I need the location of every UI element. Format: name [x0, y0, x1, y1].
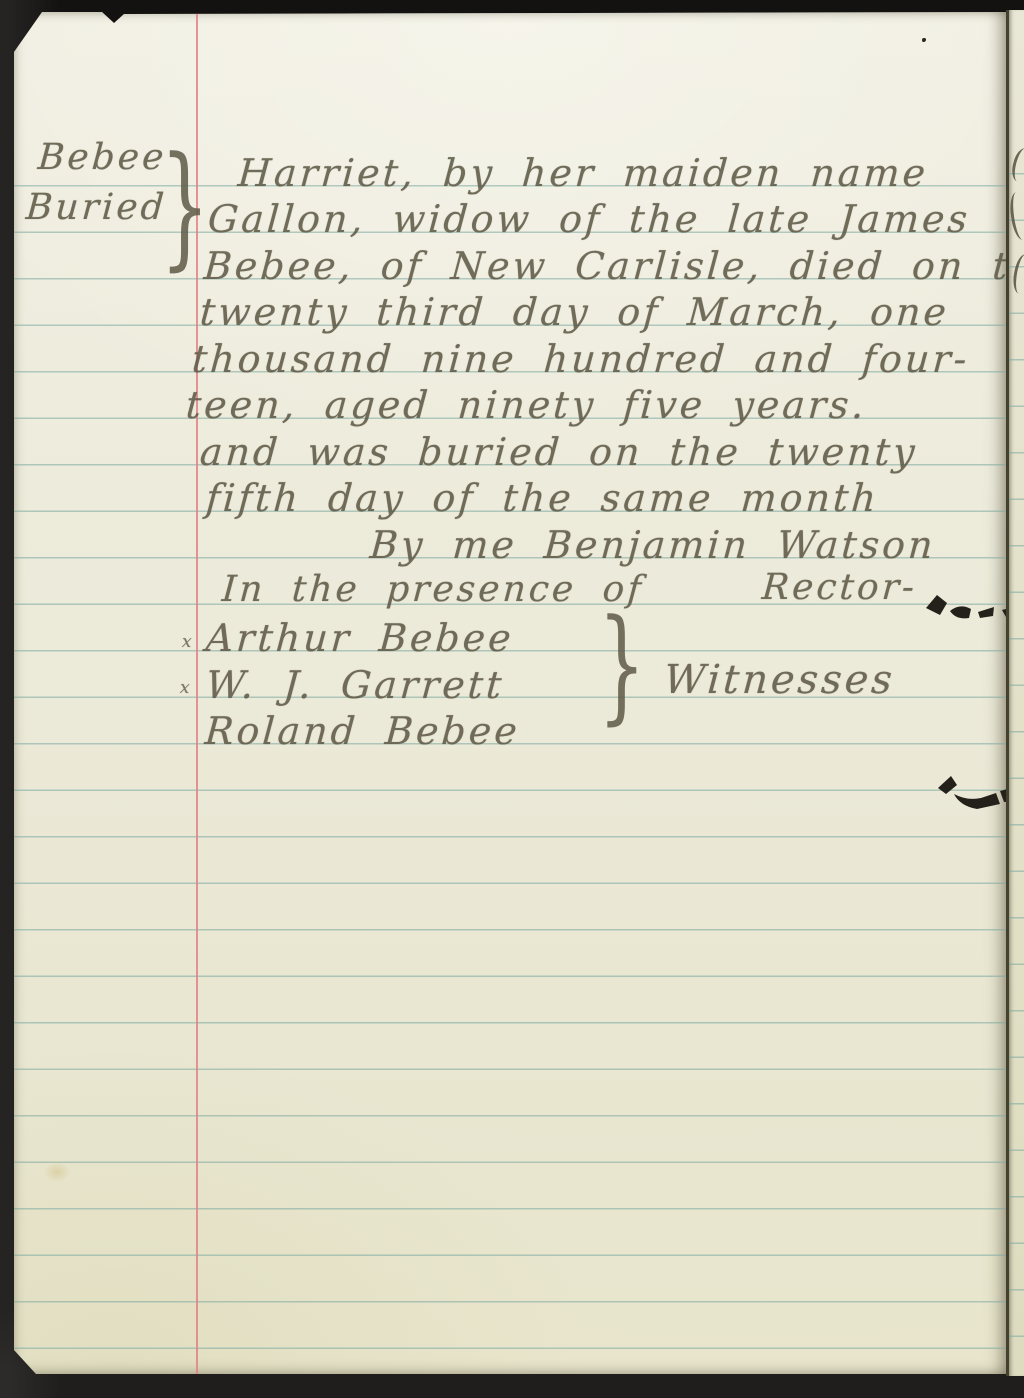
witness-label: Witnesses	[663, 660, 897, 700]
entry-line: Harriet, by her maiden name	[237, 154, 930, 192]
next-page-ruled-lines	[1009, 173, 1024, 1376]
officiant-title: Rector-	[761, 570, 919, 606]
entry-line: fifth day of the same month	[205, 479, 881, 517]
margin-surname: Bebee	[37, 140, 168, 176]
entry-line: and was buried on the twenty	[199, 433, 919, 471]
witness-mark: x	[181, 634, 192, 651]
entry-line: twenty third day of March, one	[199, 293, 951, 331]
witness-mark: x	[179, 680, 190, 697]
witness-name: W. J. Garrett	[205, 666, 506, 704]
margin-event: Buried	[25, 190, 168, 226]
entry-brace: }	[160, 140, 210, 273]
next-page-edge	[1006, 10, 1024, 1376]
witness-name: Arthur Bebee	[205, 619, 515, 657]
paper-stain	[44, 1162, 70, 1182]
entry-line: teen, aged ninety five years.	[185, 386, 868, 424]
entry-line: Gallon, widow of the late James	[207, 200, 972, 238]
witness-brace: }	[598, 604, 646, 727]
register-page: Bebee Buried } Harriet, by her maiden na…	[14, 12, 1006, 1374]
paper-speck	[922, 38, 926, 42]
entry-line: Bebee, of New Carlisle, died on the	[203, 247, 1024, 285]
entry-line: thousand nine hundred and four-	[191, 340, 971, 378]
photograph-backdrop: Bebee Buried } Harriet, by her maiden na…	[0, 0, 1024, 1398]
presence-line: In the presence of	[221, 572, 645, 608]
officiant-signature: By me Benjamin Watson	[369, 526, 937, 564]
witness-name: Roland Bebee	[204, 712, 522, 750]
